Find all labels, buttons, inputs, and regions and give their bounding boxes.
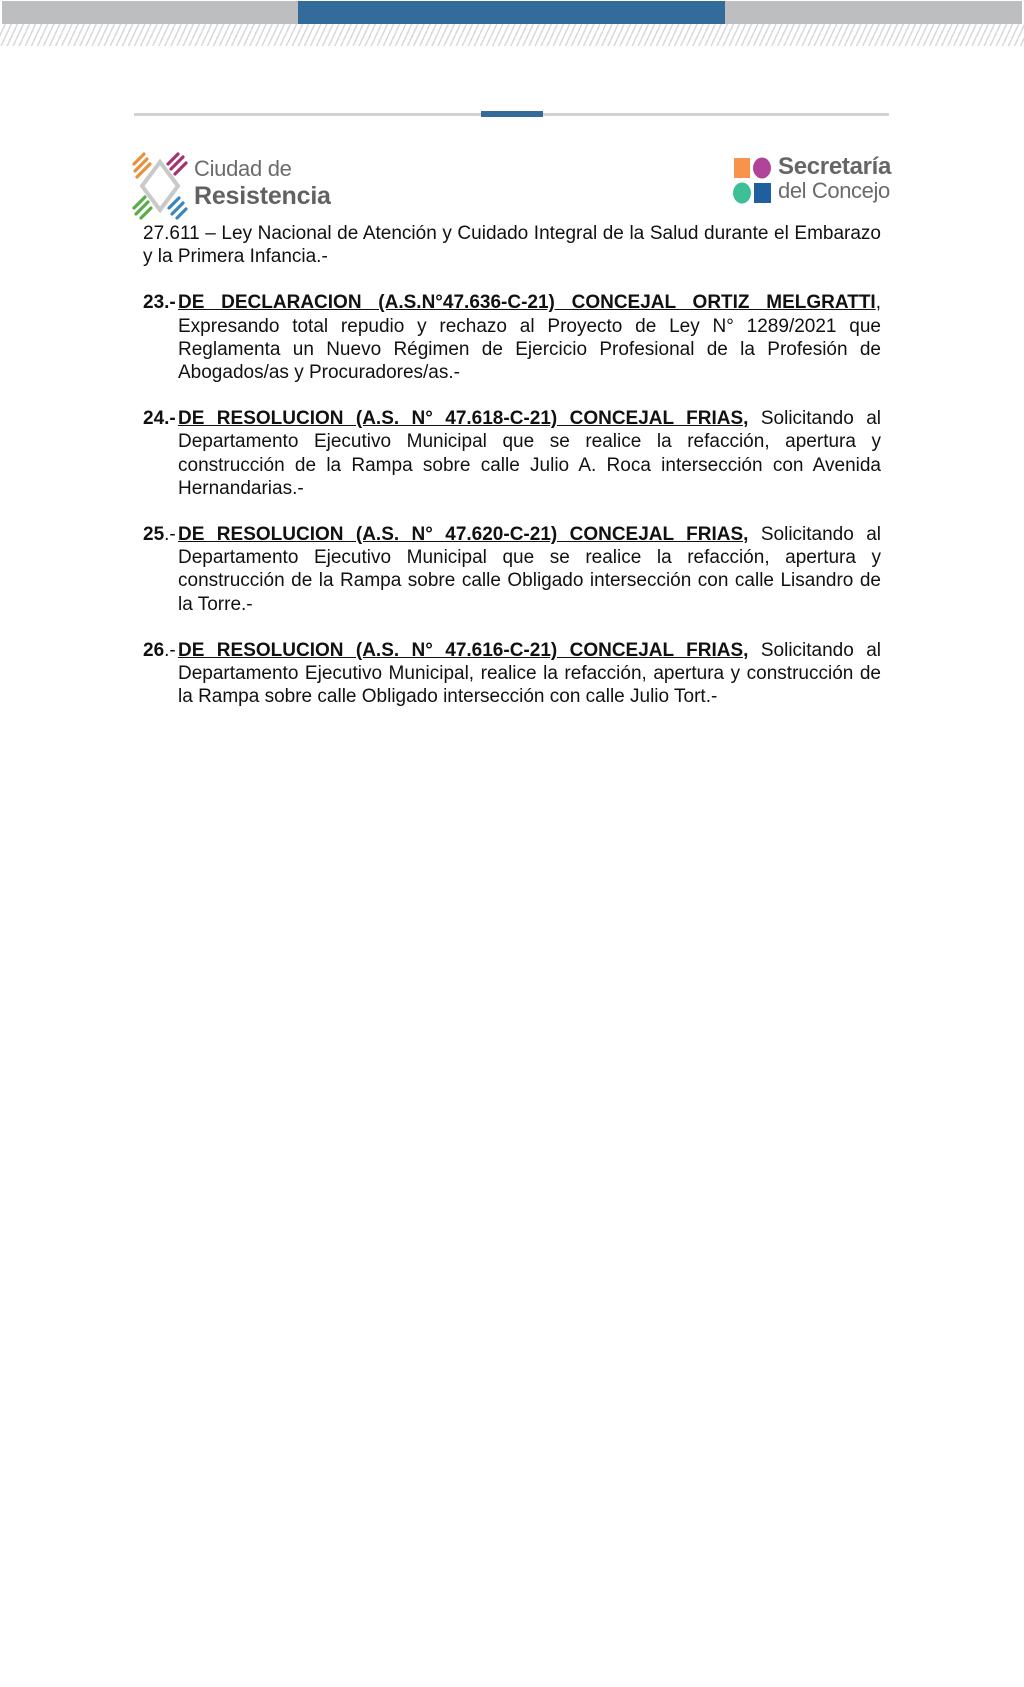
logo-line-del-concejo: del Concejo (778, 180, 891, 202)
secretaria-emblem-icon (733, 157, 773, 209)
agenda-item-23: 23.- DE DECLARACION (A.S.N°47.636-C-21) … (143, 291, 881, 384)
item-number: 25.- (143, 523, 176, 546)
logo-line-secretaria: Secretaría (778, 155, 891, 179)
agenda-item-24: 24.- DE RESOLUCION (A.S. N° 47.618-C-21)… (143, 407, 881, 500)
item-heading: DE RESOLUCION (A.S. N° 47.618-C-21) CONC… (178, 408, 748, 429)
continuation-paragraph: 27.611 – Ley Nacional de Atención y Cuid… (143, 222, 881, 268)
top-banner (0, 0, 1024, 24)
banner-gray-right (725, 1, 1022, 24)
item-number: 26.- (143, 639, 176, 662)
logo-line-ciudad-de: Ciudad de (194, 158, 331, 180)
ciudad-de-resistencia-logo: Ciudad de Resistencia (132, 150, 332, 222)
banner-gray-left (2, 1, 298, 24)
item-heading: DE RESOLUCION (A.S. N° 47.620-C-21) CONC… (178, 524, 748, 545)
banner-hatch-pattern (0, 24, 1024, 46)
item-heading: DE RESOLUCION (A.S. N° 47.616-C-21) CONC… (178, 640, 748, 661)
banner-blue-center (298, 1, 725, 24)
item-number: 23.- (143, 291, 176, 314)
logo-line-resistencia: Resistencia (194, 184, 331, 209)
item-heading-suffix: , (876, 292, 881, 313)
agenda-item-26: 26.- DE RESOLUCION (A.S. N° 47.616-C-21)… (143, 639, 881, 709)
secretaria-del-concejo-logo: Secretaría del Concejo (733, 155, 893, 215)
resistencia-emblem-icon (132, 150, 188, 222)
header-rule-accent (481, 111, 543, 117)
agenda-item-25: 25.- DE RESOLUCION (A.S. N° 47.620-C-21)… (143, 523, 881, 616)
document-body: 27.611 – Ley Nacional de Atención y Cuid… (143, 222, 881, 708)
item-body: Expresando total repudio y rechazo al Pr… (178, 316, 881, 383)
item-heading: DE DECLARACION (A.S.N°47.636-C-21) CONCE… (178, 292, 876, 313)
item-number: 24.- (143, 407, 176, 430)
